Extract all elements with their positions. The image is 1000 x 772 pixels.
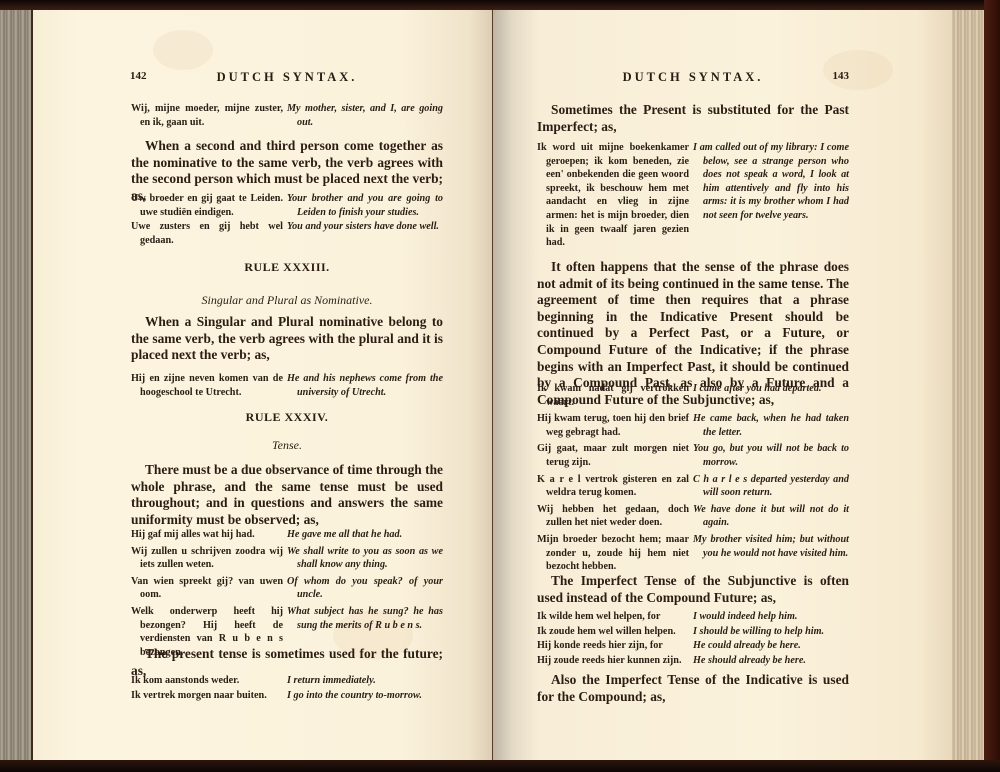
paragraph-text: The Imperfect Tense of the Subjunctive i… — [537, 573, 849, 605]
dutch-text: Wij hebben het gedaan, doch zullen het n… — [537, 503, 693, 530]
example-group-4: Hij gaf mij alles wat hij had. He gave m… — [131, 528, 443, 659]
example-pair: K a r e l vertrok gisteren en zal weldra… — [537, 473, 849, 500]
dutch-text: Hij en zijne neven komen van de hoogesch… — [131, 372, 287, 399]
example-group-3: Ik wilde hem wel helpen, for I would ind… — [537, 610, 849, 667]
paragraph: There must be a due observance of time t… — [131, 462, 443, 528]
english-text: My brother visited him; but without you … — [693, 533, 849, 574]
book-bottom-edge — [0, 760, 1000, 772]
right-page: DUTCH SYNTAX. 143 Sometimes the Present … — [493, 10, 953, 760]
dutch-text: Ik kwam nadat gij vertrokken waart. — [537, 382, 693, 409]
paragraph-text: When a Singular and Plural nominative be… — [131, 314, 443, 362]
english-text: My mother, sister, and I, are going out. — [287, 102, 443, 129]
english-text: He came back, when he had taken the lett… — [693, 412, 849, 439]
example-group-2: Uw broeder en gij gaat te Leiden. uwe st… — [131, 192, 443, 247]
english-text: Your brother and you are going to Leiden… — [287, 192, 443, 219]
dutch-text: Uwe zusters en gij hebt wel gedaan. — [131, 220, 287, 247]
example-pair: Ik zoude hem wel willen helpen. I should… — [537, 625, 849, 639]
dutch-text: Gij gaat, maar zult morgen niet terug zi… — [537, 442, 693, 469]
example-group-1: Wij, mijne moeder, mijne zuster, en ik, … — [131, 102, 443, 129]
example-pair: Hij konde reeds hier zijn, for He could … — [537, 639, 849, 653]
english-text: I should be willing to help him. — [693, 625, 849, 639]
paragraph-text: The present tense is sometimes used for … — [131, 646, 443, 678]
dutch-text: Mijn broeder bezocht hem; maar zonder u,… — [537, 533, 693, 574]
paragraph: Sometimes the Present is substituted for… — [537, 102, 849, 135]
example-pair: Ik word uit mijne boekenkamer geroepen; … — [537, 141, 849, 250]
dutch-text: Uw broeder en gij gaat te Leiden. uwe st… — [131, 192, 287, 219]
dutch-text: Wij zullen u schrijven zoodra wij iets z… — [131, 545, 287, 572]
example-pair: Hij gaf mij alles wat hij had. He gave m… — [131, 528, 443, 542]
running-head: 142 DUTCH SYNTAX. — [131, 70, 443, 86]
right-page-stack — [952, 10, 986, 760]
example-pair: Hij kwam terug, toen hij den brief weg g… — [537, 412, 849, 439]
dutch-text: Hij konde reeds hier zijn, for — [537, 639, 693, 653]
example-group-1: Ik word uit mijne boekenkamer geroepen; … — [537, 141, 849, 250]
english-text: You and your sisters have done well. — [287, 220, 443, 247]
dutch-text: K a r e l vertrok gisteren en zal weldra… — [537, 473, 693, 500]
english-text: He should already be here. — [693, 654, 849, 668]
paragraph: When a Singular and Plural nominative be… — [131, 314, 443, 364]
english-text: He could already be here. — [693, 639, 849, 653]
example-pair: Van wien spreekt gij? van uwen oom. Of w… — [131, 575, 443, 602]
dutch-text: Hij zoude reeds hier kunnen zijn. — [537, 654, 693, 668]
paragraph-text: There must be a due observance of time t… — [131, 462, 443, 527]
english-text: I return immediately. — [287, 674, 443, 688]
english-text: You go, but you will not be back to morr… — [693, 442, 849, 469]
dutch-text: Ik zoude hem wel willen helpen. — [537, 625, 693, 639]
dutch-text: Ik vertrek morgen naar buiten. — [131, 689, 287, 703]
running-head: DUTCH SYNTAX. 143 — [537, 70, 849, 86]
english-text: I came after you had departed. — [693, 382, 849, 409]
example-pair: Ik vertrek morgen naar buiten. I go into… — [131, 689, 443, 703]
left-page-stack — [0, 10, 33, 760]
dutch-text: Hij kwam terug, toen hij den brief weg g… — [537, 412, 693, 439]
example-pair: Uwe zusters en gij hebt wel gedaan. You … — [131, 220, 443, 247]
example-group-3: Hij en zijne neven komen van de hoogesch… — [131, 372, 443, 399]
rule-subheading: Tense. — [131, 438, 443, 453]
page-number: 143 — [833, 70, 850, 82]
example-pair: Gij gaat, maar zult morgen niet terug zi… — [537, 442, 849, 469]
english-text: He gave me all that he had. — [287, 528, 443, 542]
example-pair: Hij zoude reeds hier kunnen zijn. He sho… — [537, 654, 849, 668]
book-cover-edge — [984, 0, 1000, 772]
english-text: He and his nephews come from the univers… — [287, 372, 443, 399]
english-text: I am called out of my library: I come be… — [693, 141, 849, 250]
dutch-text: Hij gaf mij alles wat hij had. — [131, 528, 287, 542]
dutch-text: Wij, mijne moeder, mijne zuster, en ik, … — [131, 102, 287, 129]
example-pair: Wij zullen u schrijven zoodra wij iets z… — [131, 545, 443, 572]
example-group-5: Ik kom aanstonds weder. I return immedia… — [131, 674, 443, 702]
example-pair: Wij, mijne moeder, mijne zuster, en ik, … — [131, 102, 443, 129]
english-text: C h a r l e s departed yesterday and wil… — [693, 473, 849, 500]
english-text: Of whom do you speak? of your uncle. — [287, 575, 443, 602]
paper-stain — [153, 30, 213, 70]
paragraph-text: Also the Imperfect Tense of the Indicati… — [537, 672, 849, 704]
example-pair: Ik kwam nadat gij vertrokken waart. I ca… — [537, 382, 849, 409]
rule-heading: RULE XXXIII. — [131, 260, 443, 275]
paragraph: Also the Imperfect Tense of the Indicati… — [537, 672, 849, 705]
english-text: I would indeed help him. — [693, 610, 849, 624]
dutch-text: Ik wilde hem wel helpen, for — [537, 610, 693, 624]
example-pair: Hij en zijne neven komen van de hoogesch… — [131, 372, 443, 399]
paragraph-text: Sometimes the Present is substituted for… — [537, 102, 849, 134]
running-title: DUTCH SYNTAX. — [537, 70, 849, 85]
left-page: 142 DUTCH SYNTAX. Wij, mijne moeder, mij… — [33, 10, 493, 760]
english-text: We have done it but will not do it again… — [693, 503, 849, 530]
example-pair: Wij hebben het gedaan, doch zullen het n… — [537, 503, 849, 530]
rule-subheading: Singular and Plural as Nominative. — [131, 293, 443, 308]
rule-heading: RULE XXXIV. — [131, 410, 443, 425]
example-pair: Uw broeder en gij gaat te Leiden. uwe st… — [131, 192, 443, 219]
book-top-edge — [0, 0, 1000, 10]
dutch-text: Van wien spreekt gij? van uwen oom. — [131, 575, 287, 602]
dutch-text: Ik kom aanstonds weder. — [131, 674, 287, 688]
english-text: We shall write to you as soon as we shal… — [287, 545, 443, 572]
example-group-2: Ik kwam nadat gij vertrokken waart. I ca… — [537, 382, 849, 574]
example-pair: Ik wilde hem wel helpen, for I would ind… — [537, 610, 849, 624]
english-text: I go into the country to-morrow. — [287, 689, 443, 703]
paragraph: The Imperfect Tense of the Subjunctive i… — [537, 573, 849, 606]
example-pair: Ik kom aanstonds weder. I return immedia… — [131, 674, 443, 688]
example-pair: Mijn broeder bezocht hem; maar zonder u,… — [537, 533, 849, 574]
dutch-text: Ik word uit mijne boekenkamer geroepen; … — [537, 141, 693, 250]
running-title: DUTCH SYNTAX. — [131, 70, 443, 85]
